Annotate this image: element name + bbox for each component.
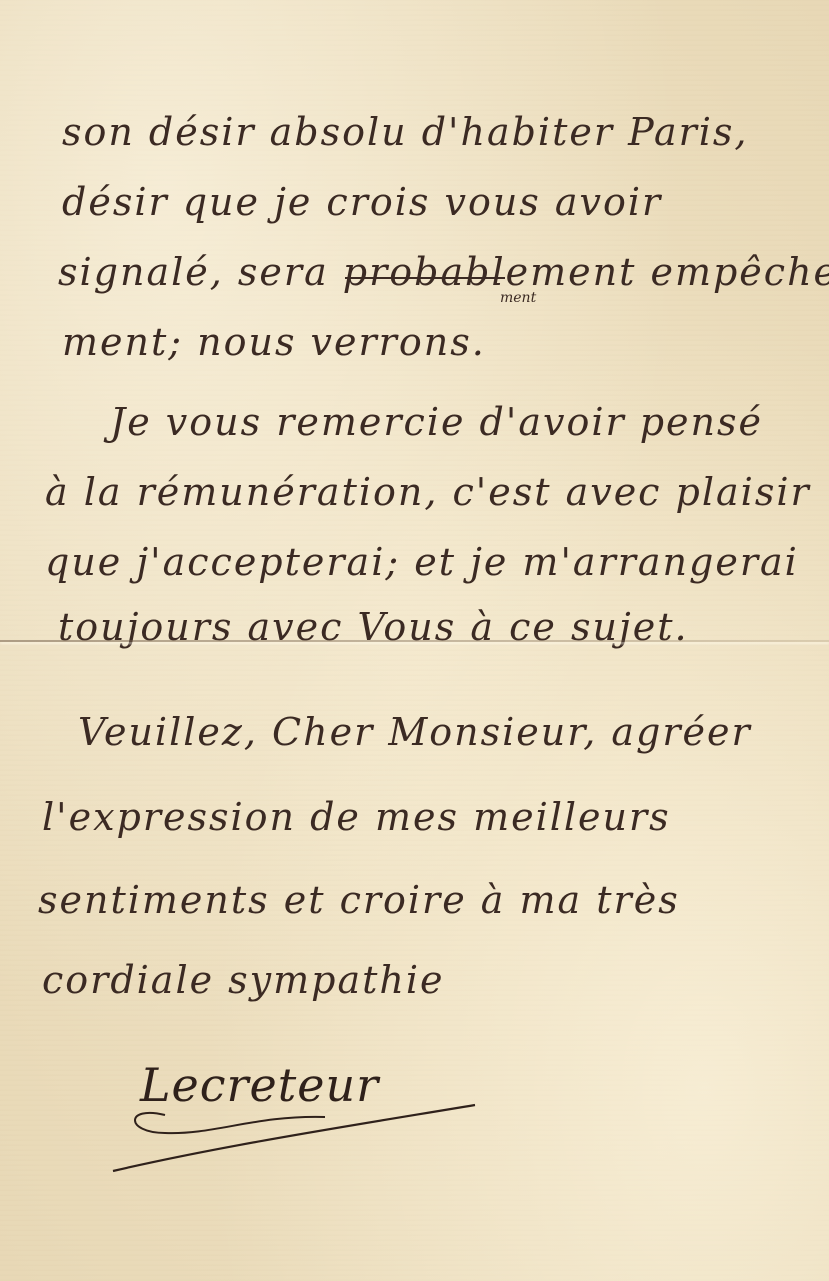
letter-line-12: cordiale sympathie: [42, 958, 445, 1002]
letter-line-4: ment; nous verrons.: [62, 320, 486, 364]
letter-line-1: son désir absolu d'habiter Paris,: [62, 110, 749, 154]
letter-line-2: désir que je crois vous avoir: [62, 180, 662, 224]
letter-line-7: que j'accepterai; et je m'arrangerai: [45, 540, 799, 584]
letter-page: son désir absolu d'habiter Paris, désir …: [0, 0, 829, 1281]
interlinear-insertion: ment: [500, 290, 536, 306]
letter-line-8: toujours avec Vous à ce sujet.: [58, 605, 689, 649]
letter-line-3: signalé, sera probablement empêche-: [58, 250, 829, 294]
letter-line-10: l'expression de mes meilleurs: [42, 795, 671, 839]
letter-line-5: Je vous remercie d'avoir pensé: [110, 400, 763, 444]
letter-line-9: Veuillez, Cher Monsieur, agréer: [78, 710, 752, 754]
struck-word-mark: [345, 277, 505, 279]
signature-flourish: [105, 1085, 485, 1175]
letter-line-11: sentiments et croire à ma très: [38, 878, 680, 922]
paper-fold-line: [0, 640, 829, 642]
letter-line-6: à la rémunération, c'est avec plaisir: [45, 470, 811, 514]
